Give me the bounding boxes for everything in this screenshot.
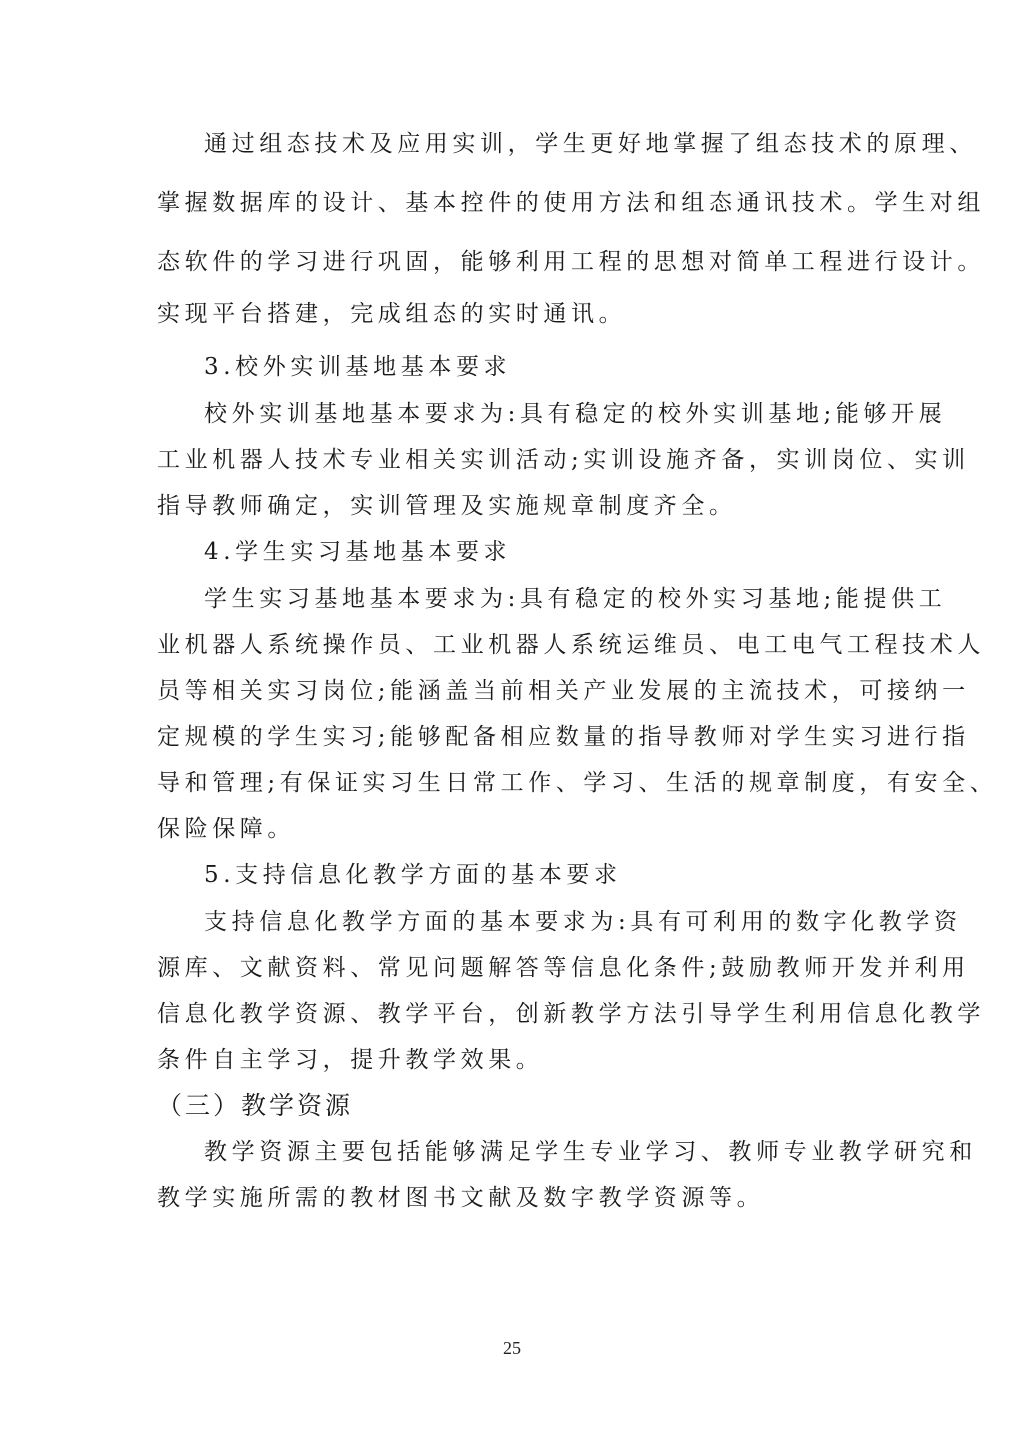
body-text-line: 定规模的学生实习;能够配备相应数量的指导教师对学生实习进行指 (157, 720, 970, 754)
page-number: 25 (0, 1338, 1024, 1359)
body-text-line: 态软件的学习进行巩固，能够利用工程的思想对简单工程进行设计。 (157, 245, 985, 279)
body-text-line: 信息化教学资源、教学平台，创新教学方法引导学生利用信息化教学 (157, 997, 985, 1031)
body-text-line: 源库、文献资料、常见问题解答等信息化条件;鼓励教师开发并利用 (157, 951, 970, 985)
body-text-line: 导和管理;有保证实习生日常工作、学习、生活的规章制度，有安全、 (157, 766, 997, 800)
body-text-line: 工业机器人技术专业相关实训活动;实训设施齐备，实训岗位、实训 (157, 443, 970, 477)
body-text-line: 教学资源主要包括能够满足学生专业学习、教师专业教学研究和 (204, 1135, 977, 1169)
body-text-line: 学生实习基地基本要求为:具有稳定的校外实习基地;能提供工 (204, 582, 946, 616)
section-heading-teaching-resources: （三）教学资源 (157, 1089, 353, 1123)
subheading-internship-base: 4.学生实习基地基本要求 (204, 535, 511, 569)
body-text-line: 掌握数据库的设计、基本控件的使用方法和组态通讯技术。学生对组 (157, 186, 985, 220)
subheading-offcampus-training: 3.校外实训基地基本要求 (204, 350, 511, 384)
body-text-line: 教学实施所需的教材图书文献及数字教学资源等。 (157, 1181, 764, 1215)
body-text-line: 业机器人系统操作员、工业机器人系统运维员、电工电气工程技术人 (157, 628, 985, 662)
subheading-it-teaching: 5.支持信息化教学方面的基本要求 (204, 858, 622, 892)
body-text-line: 校外实训基地基本要求为:具有稳定的校外实训基地;能够开展 (204, 397, 946, 431)
body-text-line: 条件自主学习，提升教学效果。 (157, 1043, 543, 1077)
body-text-line: 实现平台搭建，完成组态的实时通讯。 (157, 297, 626, 331)
body-text-line: 通过组态技术及应用实训，学生更好地掌握了组态技术的原理、 (204, 127, 977, 161)
body-text-line: 保险保障。 (157, 812, 295, 846)
body-text-line: 员等相关实习岗位;能涵盖当前相关产业发展的主流技术，可接纳一 (157, 674, 970, 708)
body-text-line: 指导教师确定，实训管理及实施规章制度齐全。 (157, 489, 737, 523)
body-text-line: 支持信息化教学方面的基本要求为:具有可利用的数字化教学资 (204, 905, 962, 939)
